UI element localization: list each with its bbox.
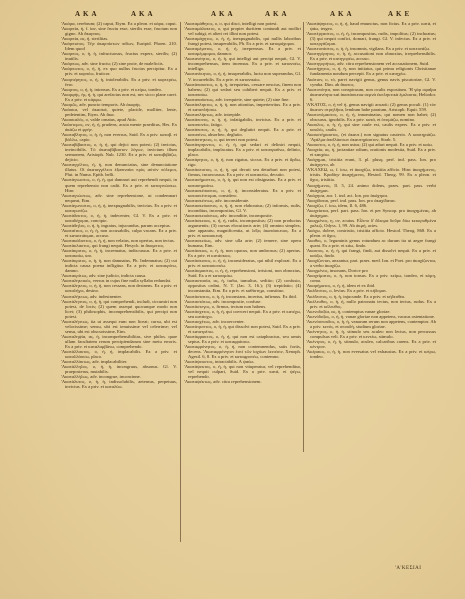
dictionary-entry: 'Ακαταψέκτως, adv. citra reprehensionem. [184,379,301,384]
running-head: AKE [388,10,412,18]
dictionary-entry: 'Ακαρπία, ἡ, f. ίαν, sine fructu esse, s… [61,26,177,36]
dictionary-entry: 'Ακατάσκοπος, ο, ἡ, ἡ, inconsideratus, q… [184,258,301,268]
dictionary-entry: 'Ακατάπρηυντος, ο, ἡ, ἡ, qui sedari et d… [184,142,301,157]
dictionary-entry: 'Ακάχημαι, tristitia erant, 3. pl. plusq… [306,157,436,167]
dictionary-entry: 'Ακατάπληκτος, ο, ἡ, ἡ, non attonitus, i… [184,102,301,112]
dictionary-entry: 'Ακαρτος, ο, ἡ, ἡ, intonsus. Ex a priv. … [61,87,177,92]
dictionary-entry: 'Ακαχείματος, ο, ἡ, non tonsus. Ex a pri… [306,273,436,283]
dictionary-entry: 'Ακατήχητος, ο, ἡ, ἡ, non initiatus, qui… [306,66,436,76]
dictionary-entry: 'Ακαρπος, ο, ἡ, ἡ, infructuosus, fructus… [61,51,177,61]
dictionary-entry: 'Ακατασκεύως, adv. sine ulla arte; (2) t… [184,238,301,248]
dictionary-entry: 'Ακατανόητος, ο, ἡ, ἡ, qui intelligi aut… [184,56,301,71]
column-middle: 'Ακαταμάθητος, ο, ο, qui disci, intellig… [184,21,301,384]
dictionary-entry: 'Ακατάστατος, ο, ἡ, ἡ, inconstans, incer… [184,294,301,299]
dictionary-entry: 'Ακατάσκευος, ο, ἡ, ἡ, rudis, incomposit… [184,218,301,238]
dictionary-entry: 'Ακατάπαυστος, ο, ἡ, ἡ, irrequietus, ces… [184,82,301,97]
dictionary-entry: 'Ακατασκέπαστος, ο, ἡ, ἡ, inconsideratus… [184,188,301,198]
dictionary-entry: 'Ακατάσκιος, ο, ἡ, ἡ, non opacus, non um… [184,248,301,258]
dictionary-entry: 'Α'ΚΑΧΕΩ, ω, f. ίσω, et ἀκαχίζω, tristit… [306,167,436,182]
dictionary-entry: 'Ακατονόητα, non conspicuum, non oculis … [306,87,436,102]
dictionary-entry: 'Ακαρτέρητος, ο, ἡ, ἡ, intolerabilis. Ex… [61,77,177,87]
dictionary-entry: 'Ακατάκριτος, ο, ἡ, ἡ, non damnatus, Ph.… [61,258,177,273]
dictionary-entry: 'Ακατάσχετος, ο, ἡ, ἡ, qui coerceri nequ… [184,309,301,319]
dictionary-entry: 'Ακατάτρεπτος, ο, ἡ, ἡ, qui dissolvi non… [184,324,301,334]
dictionary-entry: 'Ακαταβίβαστος, ο, ἡ, ἡ, qui dejici non … [61,142,177,162]
dictionary-entry: 'Ακαταγγέλτος, ἡ, ἡ, non denunciatus, si… [61,162,177,177]
dictionary-entry: 'Ακαταλήπτως, ita ut assequi eum non lic… [61,319,177,334]
dictionary-entry: 'Ακέντρος, ο, ἡ, ἡ, stimulo, aculeo, cal… [306,339,436,349]
dictionary-entry: 'Ακατάφρακτος, ο, ἡ, ἡ, qui non est cata… [184,334,301,344]
dictionary-entry: 'Ακατάληκτος, ο, ἡ, ἡ, non cessans, non … [61,283,177,293]
dictionary-entry: 'Ακαταμάλακτος, ο, qui propter duritiem … [184,26,301,36]
dictionary-entry: 'Ακάρπωτος, ο, ἡ, ἡ, ex quo nullus fruct… [61,66,177,76]
dictionary-entry: 'Ακαταστασία, ας, ἡ, turba, tumultus, se… [184,278,301,293]
dictionary-entry: 'Ακατάλληλος, ο, ἡ, ἡ, incongruus, abson… [61,364,177,374]
dictionary-entry: 'Ακαθος, ο, leguminis genus rotundum ac … [306,238,436,248]
dictionary-entry: 'Ακαχίζονται, anxantur, part. praes. med… [306,258,436,268]
dictionary-entry: 'Ακαταμάχητος, ο, ἡ, ἡ, inexpugnabilis, … [184,36,301,46]
dictionary-entry: 'Α'ΚΑΤΟΣ, ο, ἡ vel ἡ, genus navigii acua… [306,102,436,112]
dictionary-entry: 'Ακέντητος, ο, ἡ, ἡ, stimulo seu aculeo … [306,329,436,339]
column-divider [303,22,304,452]
dictionary-entry: 'Ακαταίτιος, ο, ἡ, ἡ, non accusabilis, c… [61,228,177,238]
column-divider [180,22,181,542]
dictionary-entry: 'Ακαχείαται, perf. part. pass. Ion. et p… [306,208,436,218]
catchword: 'A'KEΣΙΑΙ [395,566,421,571]
dictionary-entry: 'Ακατάλυτος, ο, ἡ, ἡ, indissolubilis, ae… [61,379,177,389]
dictionary-entry: 'Ακενόσπουδος, ο, ἡ, ἡ, vanarum rerum no… [306,319,436,329]
dictionary-entry: 'Ακατάρητος, ο, ἡ, ἡ, non rigatus, siccu… [184,157,301,167]
dictionary-entry: 'Ακαταφρόνητος, ο, ἡ, ἡ, non contemnendu… [184,344,301,359]
running-head: AKA [211,10,236,18]
dictionary-entry: 'Ακατάγωνιστος, ο, ἡ, ἡ, inexpugnabilis,… [61,203,177,213]
dictionary-entry: 'Ακάτιον, ο, τό, parvi navigii genus, ge… [306,77,436,87]
dictionary-entry: 'Ακάρπιστος. Τὴν ἀκαρπίστων πέδων, Eurip… [61,41,177,51]
dictionary-page: AKA AKA AKA AKA AKA AKE 'Ακάρα, cerebrum… [0,0,465,599]
dictionary-entry: 'Ακαταληψία, ας, ἡ, incomprehensibilitas… [61,334,177,349]
dictionary-entry: 'Ακαχεία, ας, ἡ, jactantiae odium, orati… [306,147,436,157]
dictionary-entry: 'Ακαταμέμπτος, ο, ἡ, ἡ, irreprensus. Ex … [184,46,301,56]
dictionary-entry: 'Ακαταπαύστως, adv. irrequiete, sine qui… [184,97,301,102]
dictionary-entry: 'Ακατάλλακτος, ο, ἡ, ἡ, implacabilis. Ex… [61,349,177,359]
running-head: AKA [75,10,100,18]
dictionary-entry: 'Ακαυστήριαστος, (et ἀκαυτ.) non signatu… [306,132,436,142]
dictionary-entry: 'Ακατάψεκτος, ο, ἡ, ἡ, qui non vituperat… [184,364,301,379]
dictionary-entry: 'Ακατάδεκτος, ο, ἡ, ἡ, indecenter, Gl. V… [61,213,177,223]
running-head: AKA [330,10,355,18]
column-right: 'Ακατάψηκτος, ο, ἡ, ἡ, haud emunctus, no… [306,21,436,359]
dictionary-entry: 'Ακατασήμαντος, ο, ἡ, ἡ, qui non est obs… [184,177,301,187]
dictionary-entry: 'Ακατασκεύαστος, ο, ἡ, ἡ, non elaboratus… [184,203,301,213]
dictionary-entry: 'Ακαταβλητος, ο, ἡ, ἡ, non eversus, Suid… [61,132,177,142]
dictionary-entry: 'Ακατηγόρητος, ο, ἡ, ἡ, accusationi non … [306,51,436,61]
running-head: AKA [265,10,290,18]
dictionary-entry: 'Ακαυλος, ο, ἡ, ἡ, qui sine caule est, c… [306,122,436,132]
dictionary-entry: 'Ακατάκριτος, ο, ἡ, ἡ, incrematus, indis… [61,248,177,258]
dictionary-entry: 'Ακατάσμαστος, ο, ἡ, ἡ, reprehensioni, i… [184,268,301,278]
dictionary-entry: 'Ακατάληπτος, ο, ἡ, ἡ, qui comprehendi, … [61,299,177,319]
dictionary-entry: 'Ακέλευθος, ο, ἡ, ἡ, nullo patronatu tec… [306,299,436,309]
dictionary-entry: 'Ακαχήμενος, Il. 5, 24. animo dolens, pr… [306,183,436,193]
dictionary-entry: 'Ακάστεμος, ον, ἡ, ἡ, prudens, acuta men… [61,122,177,132]
dictionary-entry: 'Ακάσκα, vel ἀκασκά, quiete, placide, mo… [61,107,177,117]
dictionary-entry: 'Ακάχω, dolere, contristio, tristitia af… [306,228,436,238]
dictionary-entry: 'Ακατονόμαστος, ο, ἡ, ἡ, innominatus, qu… [306,112,436,122]
dictionary-entry: 'Ακαχμένος, η, ον, acutus. Εἶλετο δ' ἄλκ… [306,218,436,228]
dictionary-entry: 'Ακαταγνώστως, adv. sine reprehensione, … [61,193,177,203]
running-head: AKA [131,10,156,18]
dictionary-entry: 'Ακατάσειστος, ο, ἡ, ἡ, qui decuti seu d… [184,167,301,177]
dictionary-entry: 'Ακέραιος, ο, ἡ, ἡ, non eversatus vel ex… [306,349,436,359]
dictionary-entry: 'Ακαρφής, ής, ἡ, ἡ, qui arefactus non es… [61,92,177,102]
dictionary-entry: 'Ακατανίκητος, ο, ἡ, ἡ, insuperabilis, l… [184,71,301,81]
dictionary-entry: 'Ακατάψηκτος, ο, ἡ, ἡ, haud emunctus, no… [306,21,436,31]
dictionary-entry: 'Ακατάπονος, ο, ἡ, ἡ, infatigabilis, inv… [184,117,301,127]
dictionary-entry: 'Ακαυτος, ο, ἡ, ἡ, qui frangi, findi, au… [306,248,436,258]
dictionary-entry: 'Ακατέργαστος, ο, ἡ, ἡ, incompositus, ru… [306,31,436,46]
dictionary-entry: 'Ακατάποτος, ο, ἡ, ἡ, qui deglutiri nequ… [184,127,301,137]
dictionary-entry: 'Ακατάγνωστος, ο, ἡ, ἡ, qui damnari aut … [61,177,177,192]
column-left: 'Ακάρα, cerebrum; (2) caput, Etym. Ex a … [61,21,177,389]
